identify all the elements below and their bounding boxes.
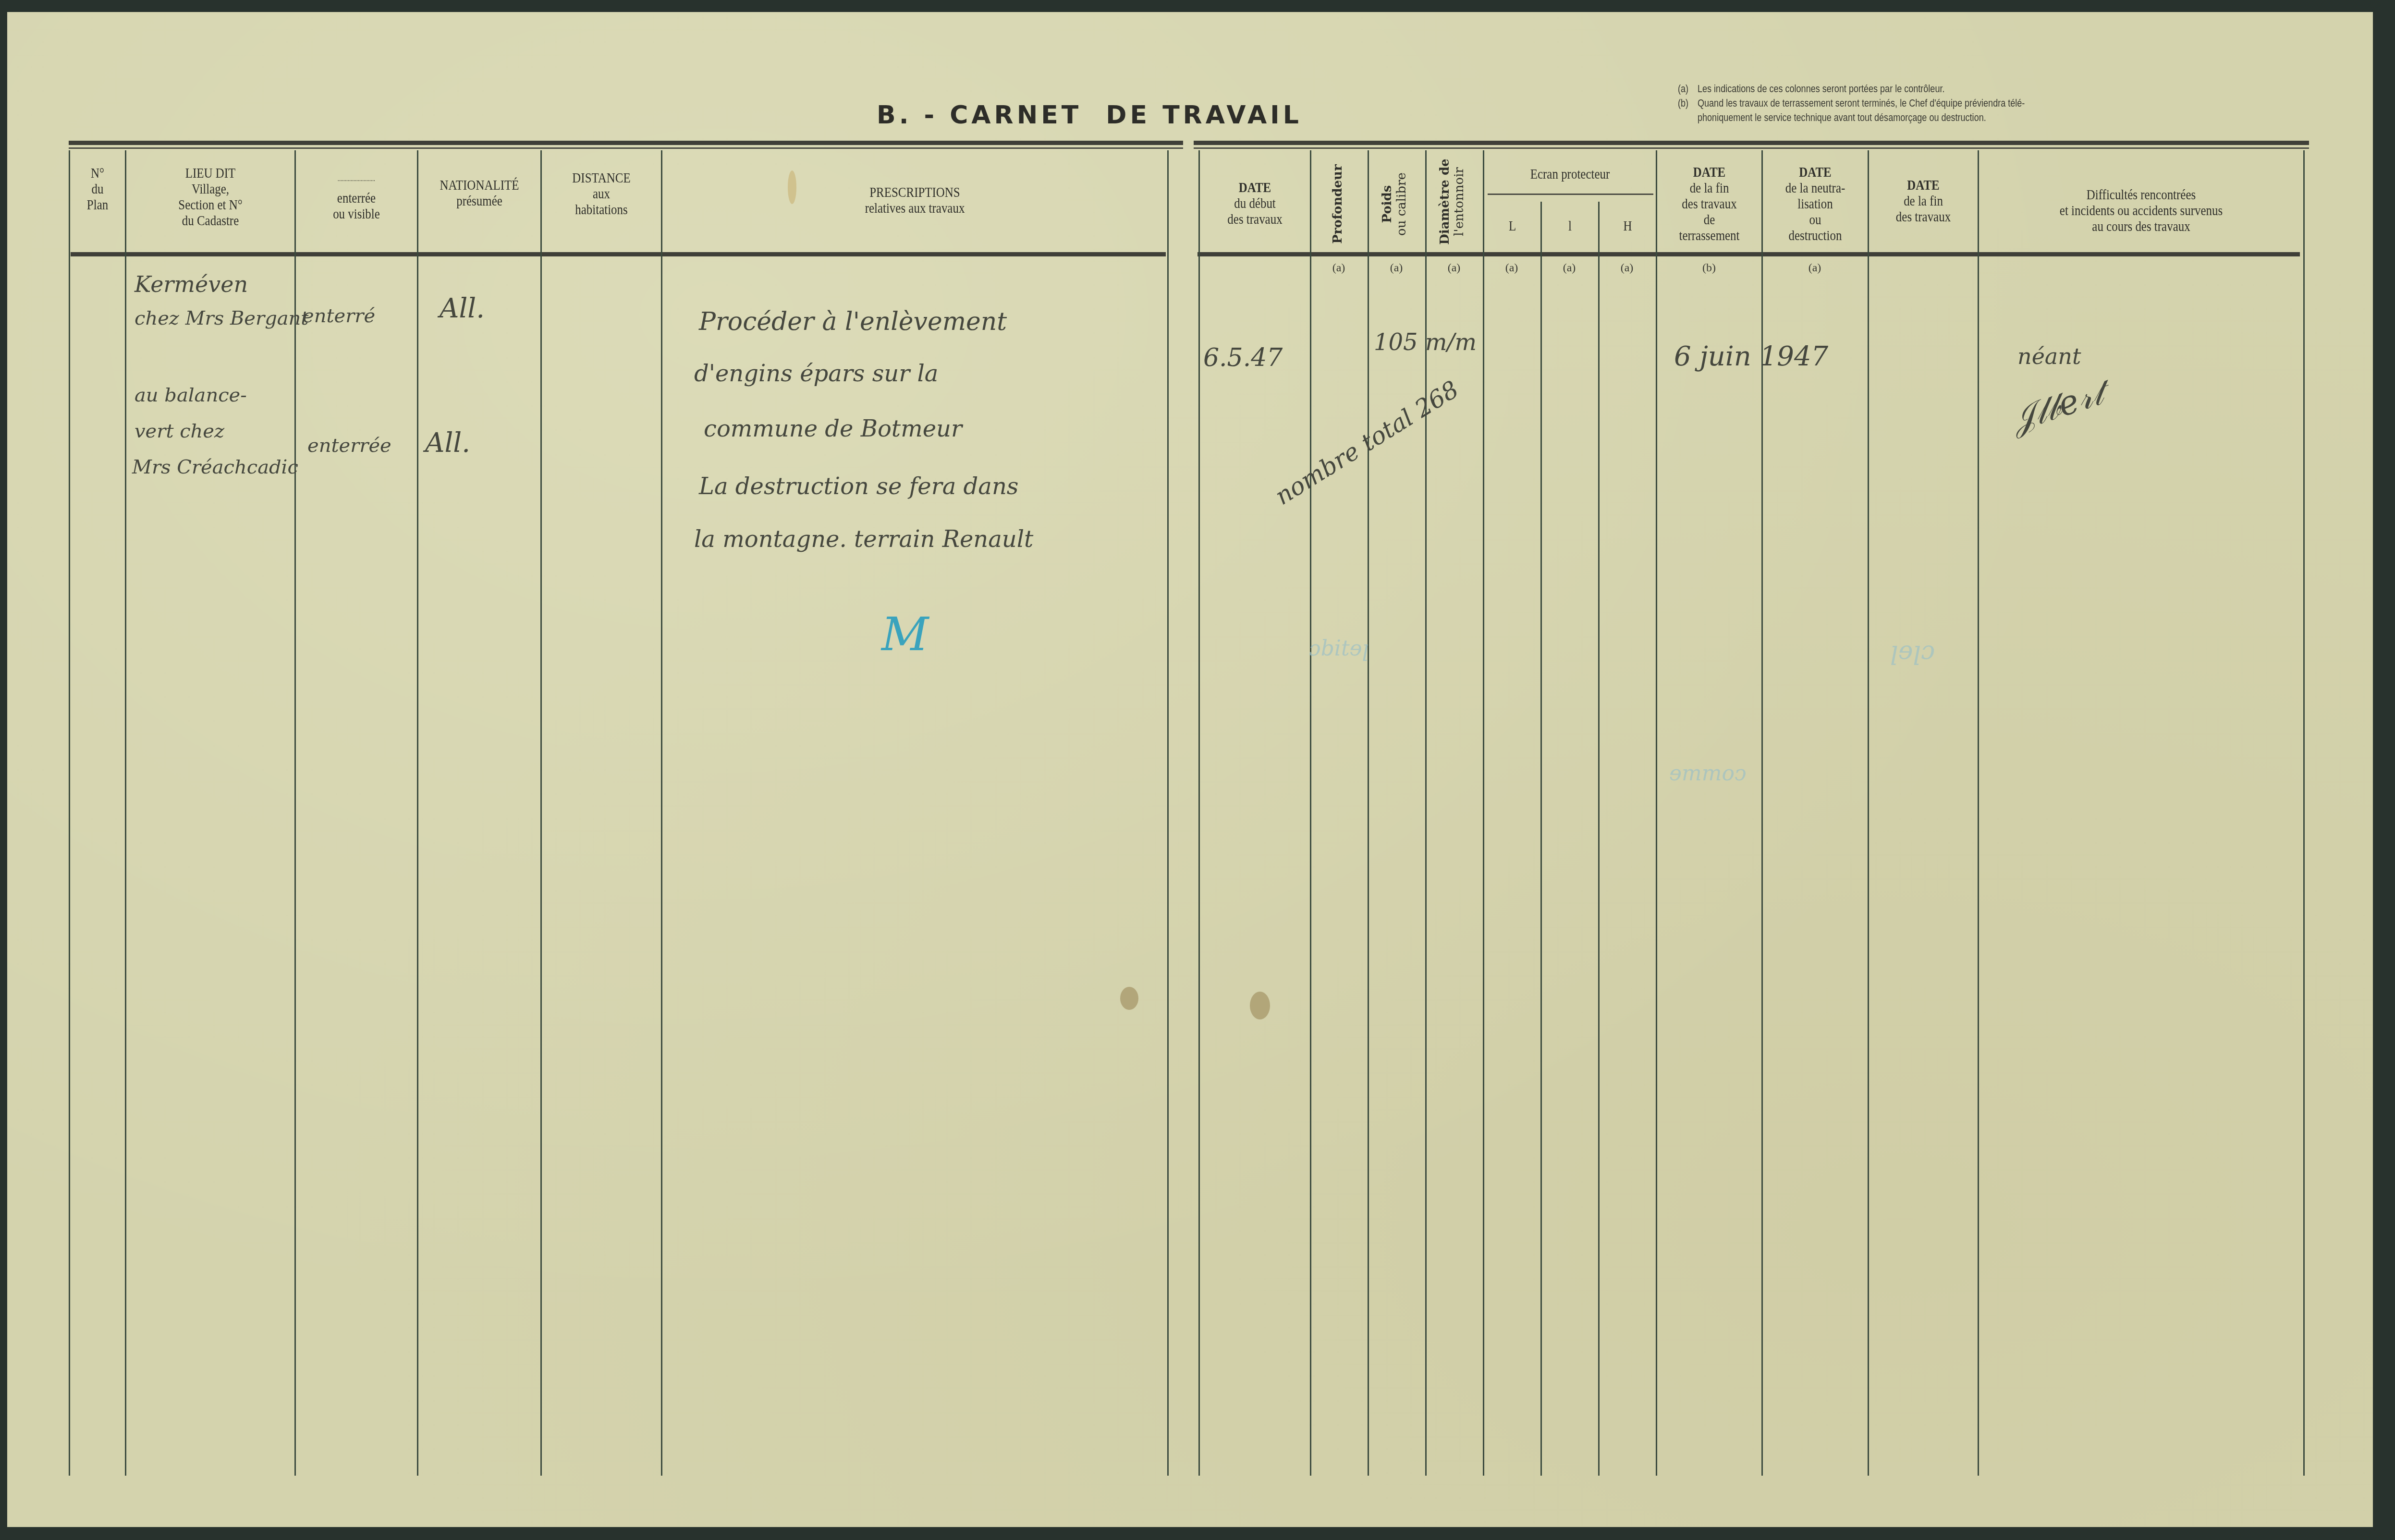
handwritten-total-note: nombre total 268 bbox=[1270, 375, 1464, 510]
note-mark: (a) bbox=[1497, 262, 1526, 275]
header-ecran-H: H bbox=[1603, 218, 1652, 234]
handwritten-prescription: la montagne. terrain Renault bbox=[694, 526, 1033, 553]
footnote-text: phoniquement le service technique avant … bbox=[1698, 110, 1986, 125]
header-profondeur: Profondeur bbox=[1331, 158, 1345, 250]
paper-stain bbox=[1120, 987, 1138, 1010]
column-line bbox=[1656, 150, 1657, 1476]
header-prescriptions: PRESCRIPTIONSrelatives aux travaux bbox=[698, 185, 1132, 217]
column-line bbox=[1167, 150, 1169, 1476]
handwritten-prescription: d'engins épars sur la bbox=[694, 360, 938, 387]
footnote-text: Les indications de ces colonnes seront p… bbox=[1698, 82, 1944, 96]
header-bottom-rule bbox=[71, 252, 1166, 256]
column-line bbox=[1368, 150, 1369, 1476]
column-line bbox=[1598, 202, 1600, 1476]
header-date-fin-travaux: DATEde la findes travaux bbox=[1877, 178, 1970, 225]
header-ecran-l: l bbox=[1546, 218, 1594, 234]
paper-stain bbox=[788, 170, 796, 204]
header-distance: DISTANCEauxhabitations bbox=[550, 170, 652, 218]
footnote-mark: (b) bbox=[1678, 96, 1692, 110]
column-line bbox=[1978, 150, 1979, 1476]
footnote-a: (a) Les indications de ces colonnes sero… bbox=[1678, 82, 2025, 96]
paper-stain bbox=[1250, 992, 1270, 1019]
handwritten-prescription: Procéder à l'enlèvement bbox=[699, 307, 1007, 336]
column-line bbox=[417, 150, 418, 1476]
footnote-b-continued: phoniquement le service technique avant … bbox=[1678, 110, 2025, 125]
footnotes: (a) Les indications de ces colonnes sero… bbox=[1678, 82, 2025, 125]
handwritten-poids: 105 m/m bbox=[1374, 329, 1477, 356]
document-page: B. - CARNET DE TRAVAIL (a) Les indicatio… bbox=[7, 12, 2373, 1527]
header-ecran-L: L bbox=[1488, 218, 1537, 234]
handwritten-lieu-dit: Kerméven bbox=[134, 271, 248, 297]
bleedthrough-ink: ɘmmoↄ bbox=[1669, 761, 1747, 786]
header-no-plan: N°duPlan bbox=[74, 166, 121, 213]
handwritten-date-debut: 6.5.47 bbox=[1203, 343, 1283, 372]
handwritten-lieu-dit: vert chez bbox=[134, 420, 224, 442]
note-mark: (a) bbox=[1440, 262, 1468, 275]
header-date-debut: DATEdu débutdes travaux bbox=[1208, 180, 1302, 228]
handwritten-prescription: La destruction se fera dans bbox=[699, 473, 1018, 500]
column-line bbox=[540, 150, 542, 1476]
column-line bbox=[661, 150, 662, 1476]
header-date-fin-terrassement: DATEde la findes travauxdeterrassement bbox=[1664, 165, 1754, 244]
column-line bbox=[125, 150, 126, 1476]
header-diametre-entonnoir: Diamètre del'entonnoir bbox=[1438, 154, 1466, 250]
handwritten-nationalite: All. bbox=[425, 427, 470, 459]
note-mark: (a) bbox=[1555, 262, 1584, 275]
bleedthrough-ink: ꞁɘꞁɔ bbox=[1890, 636, 1935, 665]
header-difficultes: Difficultés rencontréeset incidents ou a… bbox=[2002, 187, 2281, 235]
column-line bbox=[294, 150, 296, 1476]
bleedthrough-ink: ɔbitɘꞁ bbox=[1309, 636, 1369, 661]
handwritten-lieu-dit: chez Mrs Bergant bbox=[134, 307, 308, 329]
footnote-b: (b) Quand les travaux de terrassement se… bbox=[1678, 96, 2025, 110]
handwritten-lieu-dit: Mrs Créachcadic bbox=[132, 456, 298, 478]
page-title: B. - CARNET DE TRAVAIL bbox=[877, 101, 1302, 130]
handwritten-date-fin-terrassement: 6 juin 1947 bbox=[1674, 341, 1828, 372]
header-nationalite: NATIONALITÉprésumée bbox=[427, 178, 532, 209]
column-line bbox=[1310, 150, 1311, 1476]
column-line bbox=[1198, 150, 1200, 1476]
handwritten-prescription: commune de Botmeur bbox=[704, 415, 962, 442]
signature: 𝒥𝓁𝒷𝑒𝓇𝓉 bbox=[2006, 373, 2108, 440]
column-line bbox=[2303, 150, 2305, 1476]
initials-blue-ink: M bbox=[881, 607, 929, 661]
ecran-subheader-rule bbox=[1488, 194, 1653, 195]
handwritten-nationalite: All. bbox=[440, 293, 485, 324]
header-bottom-rule-right bbox=[1197, 252, 2300, 256]
footnote-mark: (a) bbox=[1678, 82, 1692, 96]
table-top-rule-right-thin bbox=[1194, 147, 2309, 149]
column-line bbox=[69, 150, 70, 1476]
note-mark: (a) bbox=[1613, 262, 1641, 275]
handwritten-enterree: enterré bbox=[303, 305, 375, 327]
table-top-rule-thin bbox=[69, 147, 1183, 149]
header-ecran-protecteur: Ecran protecteur bbox=[1496, 167, 1644, 182]
header-lieu-dit: LIEU DITVillage,Section et N°du Cadastre bbox=[138, 166, 283, 229]
footnote-text: Quand les travaux de terrassement seront… bbox=[1698, 96, 2025, 110]
note-mark: (a) bbox=[1800, 262, 1829, 275]
header-enterree-visible: ..........................enterréeou vis… bbox=[305, 175, 409, 222]
note-mark: (a) bbox=[1382, 262, 1411, 275]
note-mark: (a) bbox=[1324, 262, 1353, 275]
column-line bbox=[1483, 150, 1484, 1476]
table-top-rule-right bbox=[1194, 141, 2309, 145]
table-top-rule bbox=[69, 141, 1183, 145]
column-line bbox=[1868, 150, 1869, 1476]
header-poids-calibre: Poidsou calibre bbox=[1380, 158, 1409, 250]
note-mark: (b) bbox=[1695, 262, 1723, 275]
handwritten-difficultes: néant bbox=[2017, 343, 2081, 369]
header-date-neutralisation: DATEde la neutra-lisationoudestruction bbox=[1770, 165, 1860, 244]
handwritten-enterree: enterrée bbox=[307, 435, 391, 457]
column-line bbox=[1540, 202, 1542, 1476]
handwritten-lieu-dit: au balance- bbox=[134, 384, 247, 406]
